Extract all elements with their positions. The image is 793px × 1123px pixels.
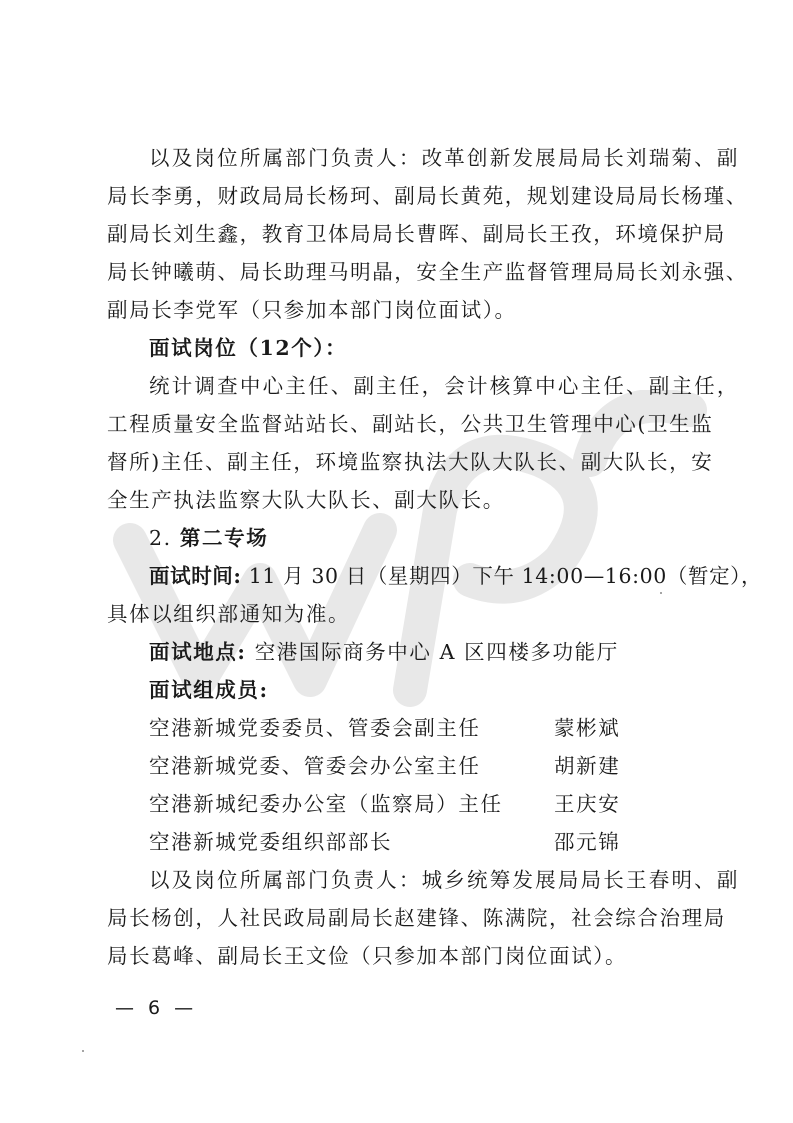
member-title: 空港新城党委委员、管委会副主任 <box>149 715 481 741</box>
time-label: 面试时间: <box>149 564 242 588</box>
member-name: 邵元锦 <box>554 829 620 855</box>
page-number: — 6 — <box>115 997 197 1019</box>
section-heading: 2. 第二专场 <box>107 525 739 551</box>
member-name: 蒙彬斌 <box>554 715 620 741</box>
time-continuation: 具体以组织部通知为准。 <box>107 601 697 627</box>
scan-speck <box>660 592 662 594</box>
paragraph-line: 以及岗位所属部门负责人：改革创新发展局局长刘瑞菊、副 <box>107 145 739 171</box>
paragraph-line: 局长钟曦萌、局长助理马明晶，安全生产监督管理局局长刘永强、 <box>107 259 697 285</box>
positions-line: 统计调查中心主任、副主任，会计核算中心主任、副主任， <box>107 373 739 399</box>
section-title: 第二专场 <box>180 526 268 550</box>
member-name: 胡新建 <box>554 753 620 779</box>
location-label: 面试地点: <box>149 640 247 664</box>
member-name: 王庆安 <box>554 791 620 817</box>
time-value: 11 月 30 日（星期四）下午 14:00—16:00（暂定）， <box>242 564 763 588</box>
paragraph-line: 局长李勇，财政局局长杨珂、副局长黄苑，规划建设局局长杨瑾、 <box>107 183 697 209</box>
member-title: 空港新城纪委办公室（监察局）主任 <box>149 791 503 817</box>
dept-heads-line: 局长杨创，人社民政局副局长赵建锋、陈满院，社会综合治理局 <box>107 905 697 931</box>
scan-speck <box>82 1050 84 1052</box>
document-page: 以及岗位所属部门负责人：改革创新发展局局长刘瑞菊、副 局长李勇，财政局局长杨珂、… <box>0 0 793 1123</box>
member-title: 空港新城党委、管委会办公室主任 <box>149 753 481 779</box>
positions-heading: 面试岗位（12个）： <box>107 335 739 361</box>
dept-heads-line: 以及岗位所属部门负责人：城乡统筹发展局局长王春明、副 <box>107 867 739 893</box>
section-number: 2. <box>149 526 172 550</box>
interview-time: 面试时间: 11 月 30 日（星期四）下午 14:00—16:00（暂定）， <box>107 563 739 589</box>
positions-line: 工程质量安全监督站站长、副站长，公共卫生管理中心(卫生监 <box>107 411 697 437</box>
dept-heads-line: 局长葛峰、副局长王文俭（只参加本部门岗位面试）。 <box>107 943 697 969</box>
paragraph-line: 副局长李党军（只参加本部门岗位面试）。 <box>107 297 697 323</box>
positions-line: 督所)主任、副主任，环境监察执法大队大队长、副大队长，安 <box>107 449 697 475</box>
positions-line: 全生产执法监察大队大队长、副大队长。 <box>107 487 697 513</box>
members-label: 面试组成员: <box>107 677 739 703</box>
interview-location: 面试地点: 空港国际商务中心 A 区四楼多功能厅 <box>107 639 739 665</box>
member-title: 空港新城党委组织部部长 <box>149 829 392 855</box>
location-value: 空港国际商务中心 A 区四楼多功能厅 <box>247 640 619 664</box>
paragraph-line: 副局长刘生鑫，教育卫体局局长曹晖、副局长王孜，环境保护局 <box>107 221 697 247</box>
